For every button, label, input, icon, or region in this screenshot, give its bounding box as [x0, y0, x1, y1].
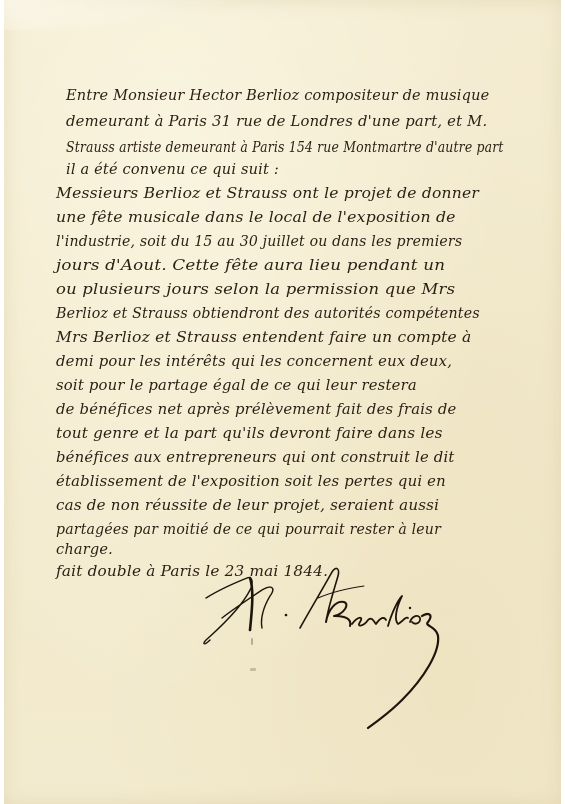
letter-line-4: il a été convenu ce qui suit :	[66, 162, 279, 178]
letter-line-12: demi pour les intérêts qui les concernen…	[56, 354, 452, 370]
ink-speck	[251, 638, 253, 645]
letter-line-2: demeurant à Paris 31 rue de Londres d'un…	[66, 114, 487, 130]
letter-line-13: soit pour le partage égal de ce qui leur…	[56, 378, 417, 394]
letter-line-3: Strauss artiste demeurant à Paris 154 ru…	[66, 140, 504, 156]
letter-line-15: tout genre et la part qu'ils devront fai…	[56, 426, 443, 442]
letter-line-11: Mrs Berlioz et Strauss entendent faire u…	[56, 330, 472, 346]
letter-line-1: Entre Monsieur Hector Berlioz compositeu…	[66, 88, 489, 104]
ink-speck	[250, 668, 256, 671]
letter-body: Entre Monsieur Hector Berlioz compositeu…	[4, 0, 561, 804]
letter-line-9: ou plusieurs jours selon la permission q…	[56, 282, 455, 298]
letter-line-10: Berlioz et Strauss obtiendront des autor…	[56, 306, 480, 322]
letter-line-16: bénéfices aux entrepreneurs qui ont cons…	[56, 450, 455, 466]
letter-line-14: de bénéfices net après prélèvement fait …	[56, 402, 456, 418]
letter-line-7: l'industrie, soit du 15 au 30 juillet ou…	[56, 234, 462, 250]
letter-line-8: jours d'Aout. Cette fête aura lieu penda…	[56, 258, 445, 274]
letter-line-5: Messieurs Berlioz et Strauss ont le proj…	[56, 186, 479, 202]
letter-paper: Entre Monsieur Hector Berlioz compositeu…	[4, 0, 561, 804]
signature: H. Berlioz	[192, 560, 452, 730]
signature-icon	[192, 560, 452, 730]
letter-line-17: établissement de l'exposition soit les p…	[56, 474, 446, 490]
letter-line-18: cas de non réussite de leur projet, sera…	[56, 498, 439, 514]
letter-line-19: partagées par moitié de ce qui pourrait …	[56, 522, 441, 538]
letter-line-20: charge.	[56, 542, 113, 558]
letter-line-6: une fête musicale dans le local de l'exp…	[56, 210, 456, 226]
